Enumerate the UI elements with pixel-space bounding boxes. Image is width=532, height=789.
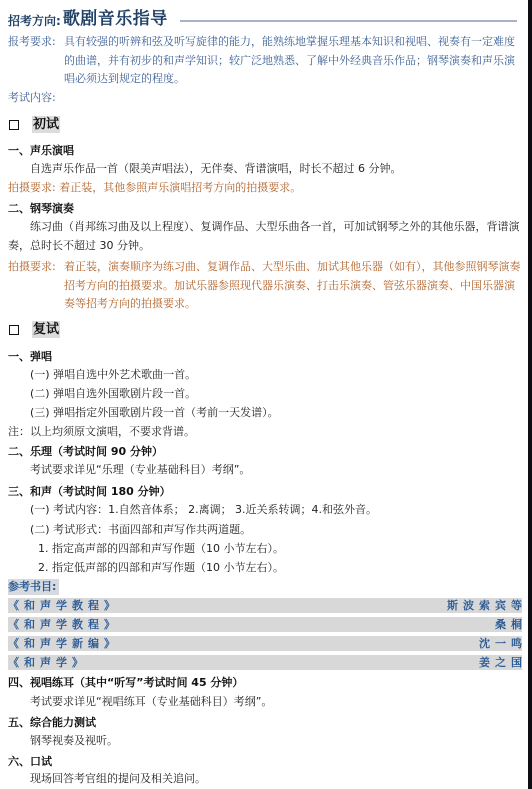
harmony-task: 2. 指定低声部的四部和声写作题（10 小节左右）。 xyxy=(8,559,284,578)
header-rule xyxy=(180,20,517,22)
sing-play-item: (二) 弹唱自选外国歌剧片段一首。 xyxy=(8,385,196,404)
direction-title: 歌剧音乐指导 xyxy=(63,8,168,30)
exam-content-label: 考试内容: xyxy=(8,89,56,108)
comprehensive-heading: 五、综合能力测试 xyxy=(8,714,96,731)
section-preliminary: 初试 xyxy=(8,116,60,133)
oral-text: 现场回答考官组的提问及相关追问。 xyxy=(8,770,206,789)
checkbox-square-icon xyxy=(9,120,19,130)
comprehensive-text: 钢琴视奏及视听。 xyxy=(8,732,118,751)
requirements-text: 具有较强的听辨和弦及听写旋律的能力，能熟练地掌握乐理基本知识和视唱、视奏有一定难… xyxy=(64,33,523,89)
reference-book-row: 《和声学教程》 斯波索宾等 xyxy=(8,598,522,613)
direction-header: 招考方向: 歌剧音乐指导 xyxy=(8,6,523,30)
vocal-shoot-text: 着正装，其他参照声乐演唱招考方向的拍摄要求。 xyxy=(59,181,301,194)
sing-play-item: (三) 弹唱指定外国歌剧片段一首（考前一天发谱）。 xyxy=(8,404,279,423)
reference-book-row: 《和声学》 姜之国 xyxy=(8,655,522,670)
book-title: 《和声学教程》 xyxy=(8,617,120,632)
piano-heading: 二、钢琴演奏 xyxy=(8,200,74,217)
sing-play-heading: 一、弹唱 xyxy=(8,348,52,365)
references-label: 参考书目: xyxy=(8,579,59,595)
piano-shoot: 拍摄要求: 着正装，演奏顺序为练习曲、复调作品、大型乐曲、加试其他乐器（如有），… xyxy=(8,258,523,314)
section-title-retest: 复试 xyxy=(32,321,60,338)
harmony-task: 1. 指定高声部的四部和声写作题（10 小节左右）。 xyxy=(8,540,284,559)
sightsinging-heading: 四、视唱练耳（其中“听写”考试时间 45 分钟） xyxy=(8,674,243,691)
piano-text: 练习曲（肖邦练习曲及以上程度）、复调作品、大型乐曲各一首，可加试钢琴之外的其他乐… xyxy=(8,218,523,255)
vocal-text: 自选声乐作品一首（限美声唱法），无伴奏、背谱演唱，时长不超过 6 分钟。 xyxy=(8,160,402,179)
book-title: 《和声学》 xyxy=(8,655,88,670)
vocal-shoot-label: 拍摄要求: xyxy=(8,181,56,194)
section-title-preliminary: 初试 xyxy=(32,116,60,133)
sing-play-note: 注：以上均须原文演唱，不要求背谱。 xyxy=(8,423,195,442)
vocal-heading: 一、声乐演唱 xyxy=(8,142,74,159)
theory-heading: 二、乐理（考试时间 90 分钟） xyxy=(8,443,163,460)
book-title: 《和声学教程》 xyxy=(8,598,120,613)
requirements-label: 报考要求: xyxy=(8,33,64,89)
page-edge-border xyxy=(528,0,532,789)
book-author: 斯波索宾等 xyxy=(447,598,527,613)
piano-shoot-label: 拍摄要求: xyxy=(8,258,64,314)
piano-shoot-text: 着正装，演奏顺序为练习曲、复调作品、大型乐曲、加试其他乐器（如有），其他参照钢琴… xyxy=(64,258,523,314)
book-title: 《和声学新编》 xyxy=(8,636,120,651)
sightsinging-text: 考试要求详见“视唱练耳（专业基础科目）考纲”。 xyxy=(8,693,272,712)
sing-play-item: (一) 弹唱自选中外艺术歌曲一首。 xyxy=(8,366,196,385)
direction-label: 招考方向: xyxy=(8,12,61,30)
vocal-shoot: 拍摄要求: 着正装，其他参照声乐演唱招考方向的拍摄要求。 xyxy=(8,179,301,198)
book-author: 姜之国 xyxy=(479,655,527,670)
theory-text: 考试要求详见“乐理（专业基础科目）考纲”。 xyxy=(8,461,250,480)
reference-book-row: 《和声学新编》 沈一鸣 xyxy=(8,636,522,651)
requirements-block: 报考要求: 具有较强的听辨和弦及听写旋律的能力，能熟练地掌握乐理基本知识和视唱、… xyxy=(8,33,523,89)
harmony-content: (一) 考试内容：1.自然音体系； 2.离调； 3.近关系转调；4.和弦外音。 xyxy=(8,501,377,520)
book-author: 桑桐 xyxy=(495,617,527,632)
section-retest: 复试 xyxy=(8,321,60,338)
oral-heading: 六、口试 xyxy=(8,753,52,770)
reference-book-row: 《和声学教程》 桑桐 xyxy=(8,617,522,632)
checkbox-square-icon xyxy=(9,325,19,335)
harmony-form: (二) 考试形式：书面四部和声写作共两道题。 xyxy=(8,521,251,540)
book-author: 沈一鸣 xyxy=(479,636,527,651)
harmony-heading: 三、和声（考试时间 180 分钟） xyxy=(8,483,171,500)
